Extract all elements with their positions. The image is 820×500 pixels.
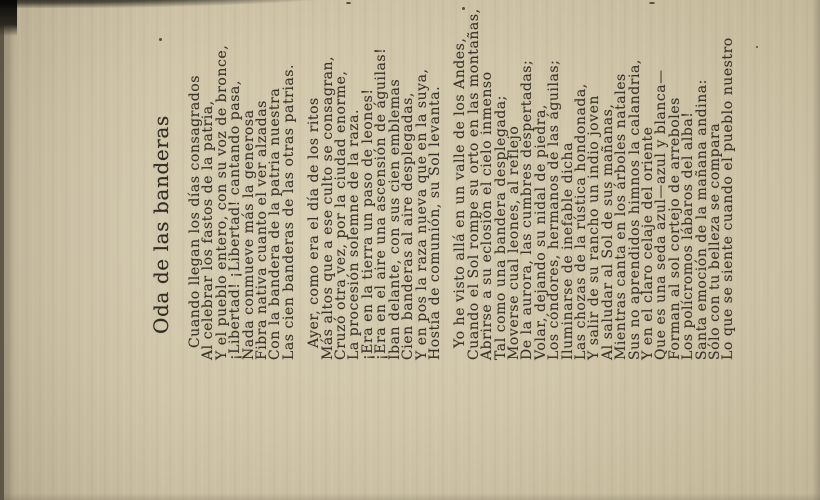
poem-stanzas: Cuando llegan los días consagradosAl cel… bbox=[189, 0, 736, 500]
paper-speck bbox=[346, 2, 351, 4]
stanza: Ayer, como era el día de los ritosMás al… bbox=[308, 0, 442, 360]
scanned-book-page: Oda de las banderas Cuando llegan los dí… bbox=[0, 0, 820, 500]
poem-line: Las cien banderas de las otras patrias. bbox=[283, 0, 296, 360]
page-binding-edge bbox=[0, 0, 14, 500]
stanza: Yo he visto allá en un valle de los Ande… bbox=[454, 0, 736, 360]
paper-speck bbox=[756, 46, 758, 48]
poem-title: Oda de las banderas bbox=[149, 0, 173, 334]
poem-line: Lo que se siente cuando el pueblo nuestr… bbox=[722, 0, 735, 360]
paper-speck bbox=[462, 7, 465, 10]
stanza: Cuando llegan los días consagradosAl cel… bbox=[189, 0, 296, 360]
rotated-page-content: Oda de las banderas Cuando llegan los dí… bbox=[145, 0, 785, 500]
scan-right-edge-shade bbox=[811, 0, 820, 500]
paper-speck bbox=[197, 124, 199, 126]
paper-speck bbox=[159, 38, 162, 41]
scan-top-edge-shadow bbox=[0, 0, 340, 8]
paper-speck bbox=[649, 2, 655, 4]
poem-line: Hostia de comunión, su Sol levanta. bbox=[429, 0, 442, 360]
scan-bottom-edge-shade bbox=[0, 493, 820, 500]
